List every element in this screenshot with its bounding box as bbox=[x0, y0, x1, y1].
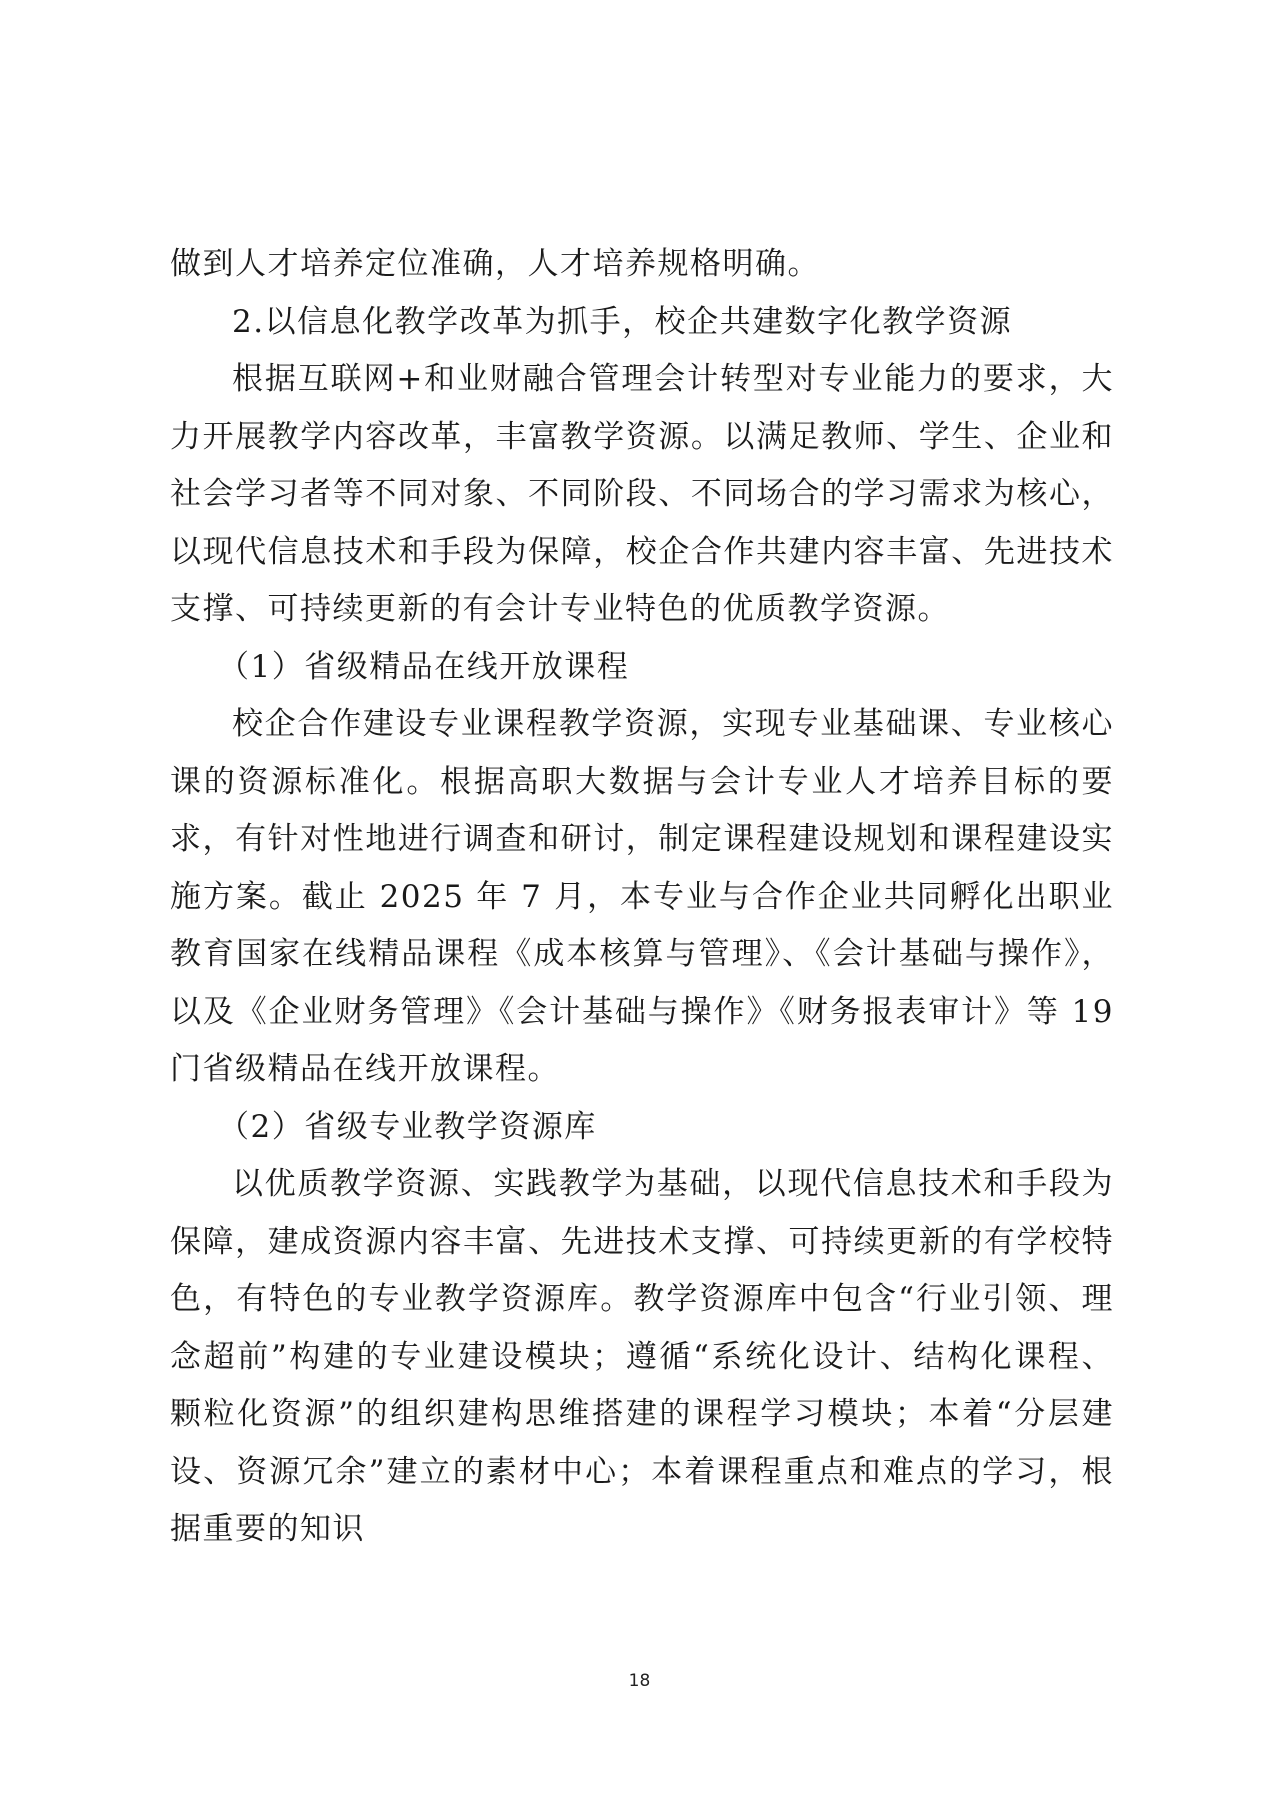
paragraph-online-courses: 校企合作建设专业课程教学资源，实现专业基础课、专业核心课的资源标准化。根据高职大… bbox=[170, 696, 1114, 1099]
section-heading: 2.以信息化教学改革为抓手，校企共建数字化教学资源 bbox=[170, 294, 1114, 352]
page-number: 18 bbox=[0, 1671, 1279, 1691]
subheading-online-courses: （1）省级精品在线开放课程 bbox=[170, 639, 1114, 697]
paragraph-digital-resources: 根据互联网+和业财融合管理会计转型对专业能力的要求，大力开展教学内容改革，丰富教… bbox=[170, 351, 1114, 639]
document-page: 做到人才培养定位准确，人才培养规格明确。 2.以信息化教学改革为抓手，校企共建数… bbox=[170, 236, 1114, 1559]
paragraph-resource-library: 以优质教学资源、实践教学为基础，以现代信息技术和手段为保障，建成资源内容丰富、先… bbox=[170, 1156, 1114, 1559]
subheading-resource-library: （2）省级专业教学资源库 bbox=[170, 1099, 1114, 1157]
paragraph-continuation: 做到人才培养定位准确，人才培养规格明确。 bbox=[170, 236, 1114, 294]
